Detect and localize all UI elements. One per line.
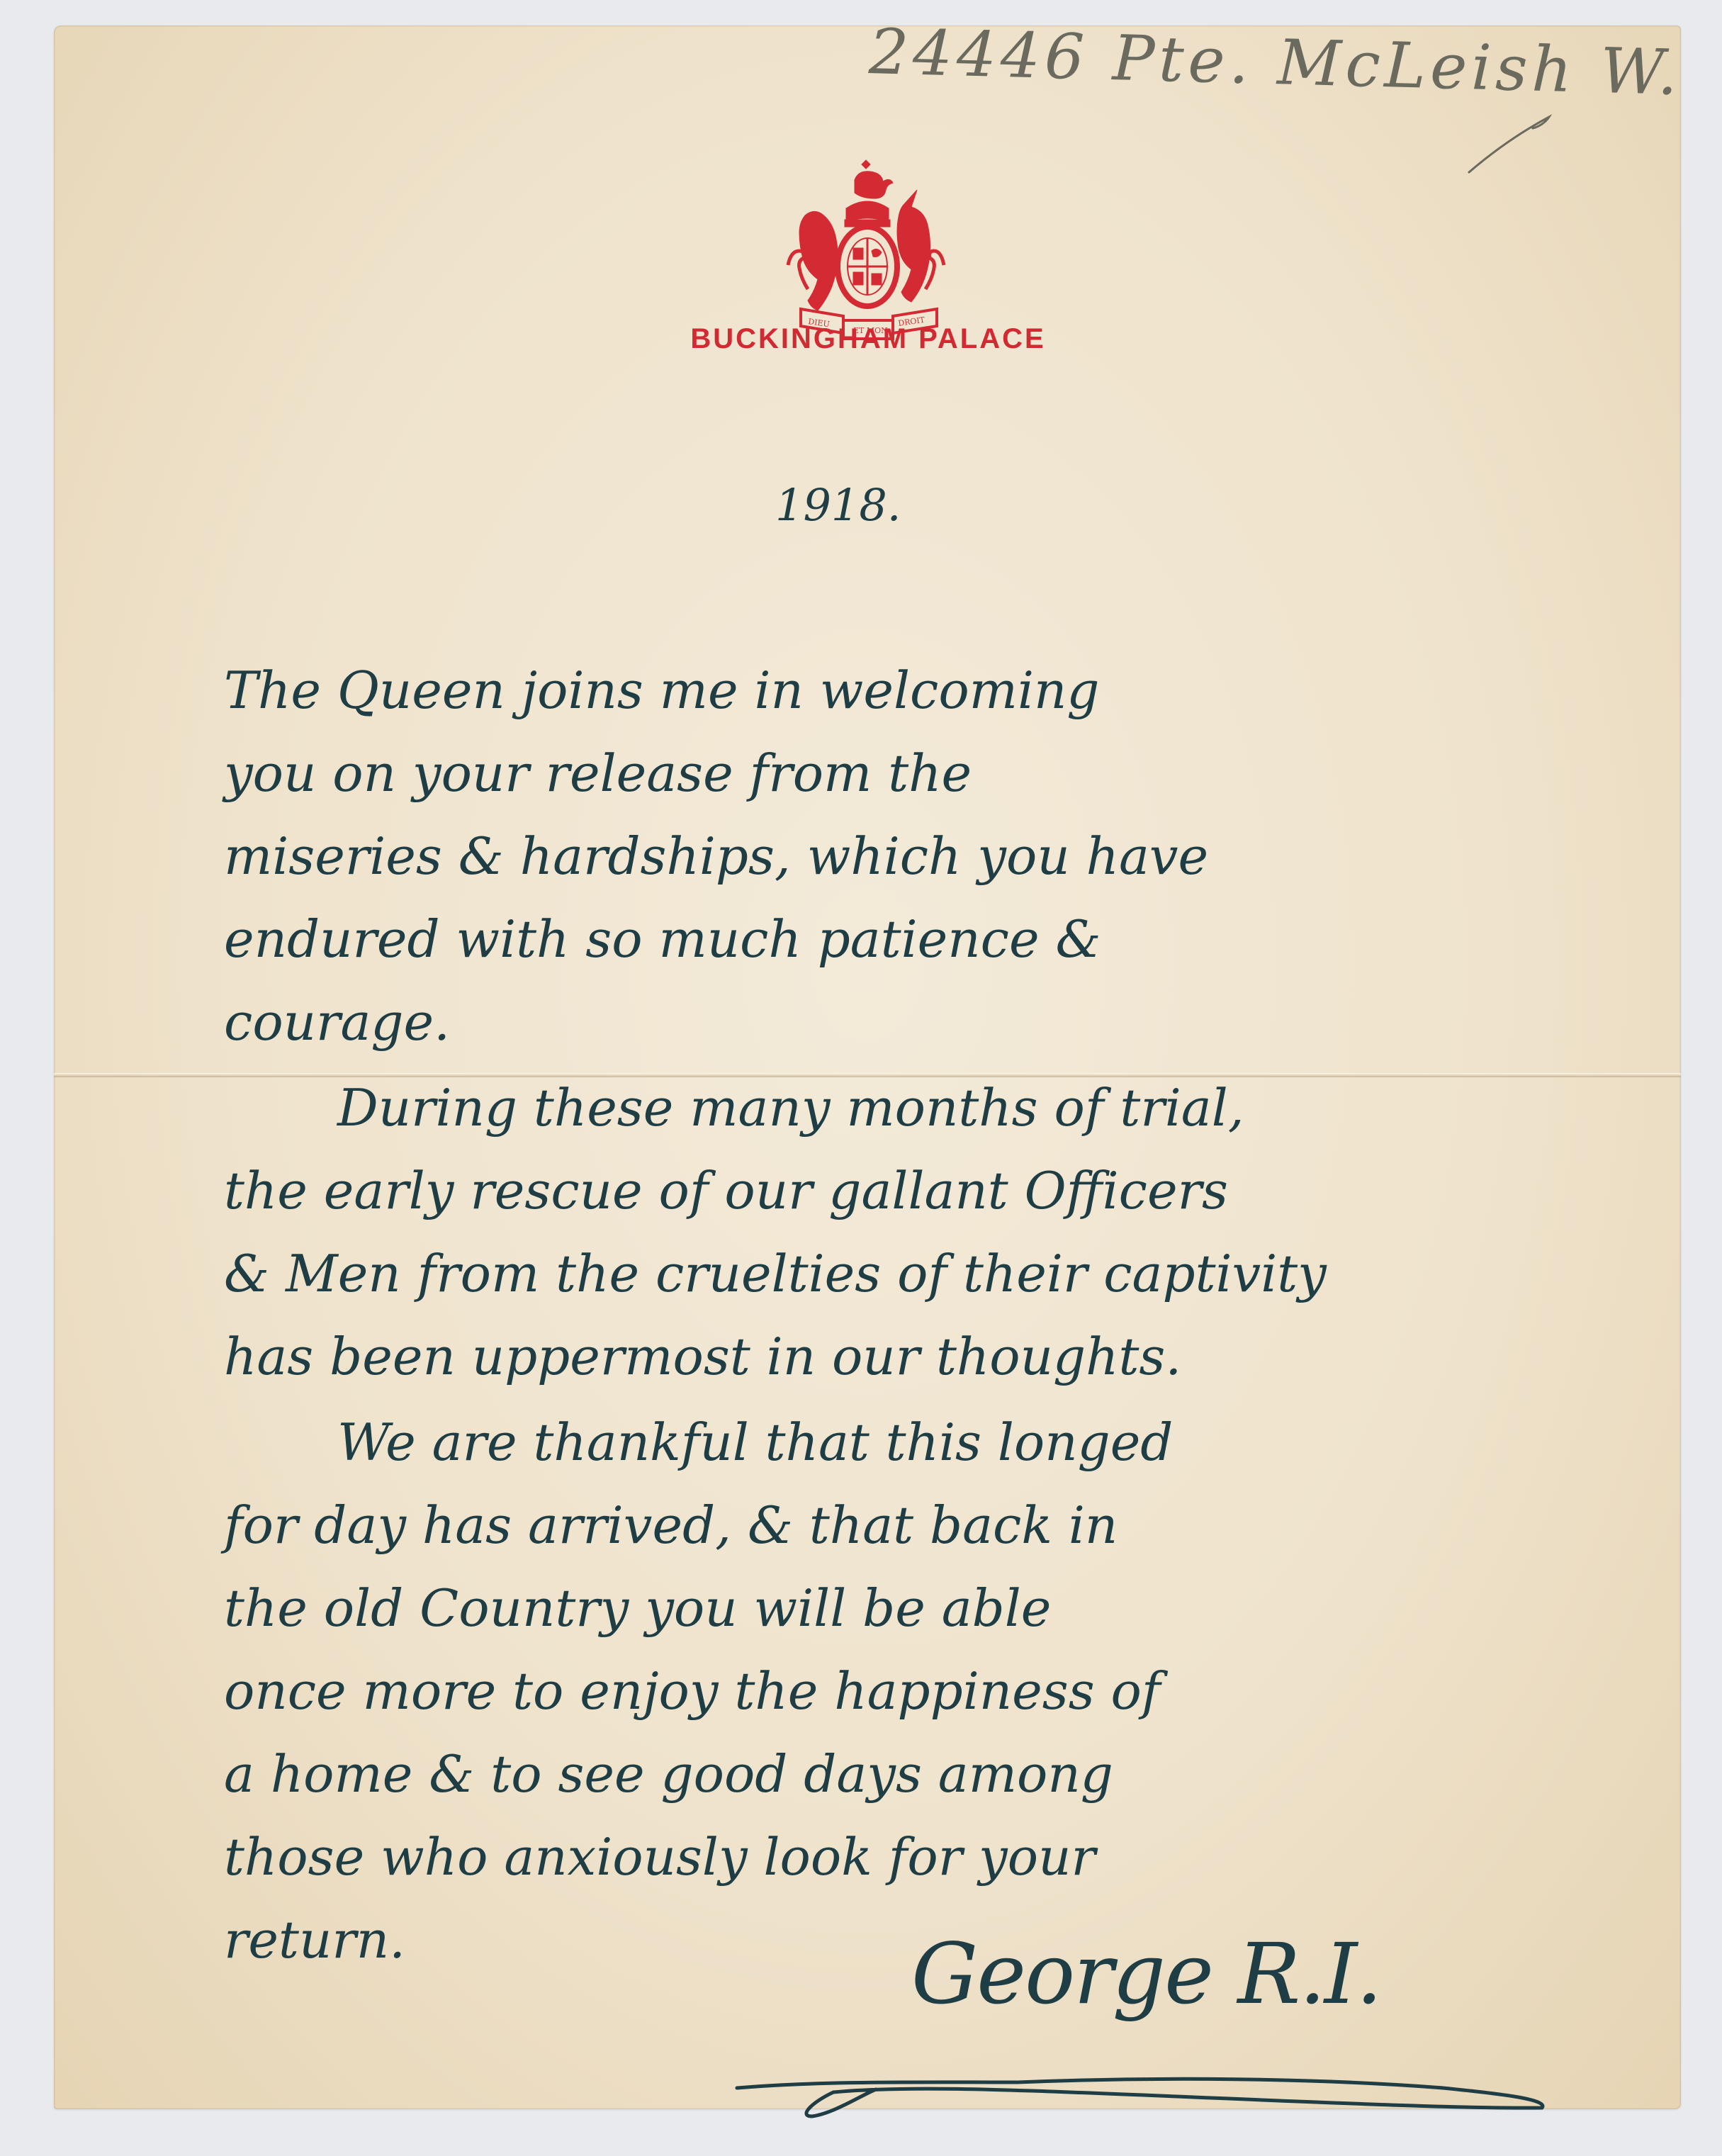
body-line: for day has arrived, & that back in	[224, 1484, 1606, 1567]
signature-flourish-icon	[734, 2067, 1556, 2130]
body-line: miseries & hardships, which you have	[224, 815, 1606, 898]
letter-date: 1918.	[775, 479, 901, 531]
pencil-flourish-icon	[1468, 113, 1553, 176]
body-line: We are thankful that this longed	[224, 1401, 1606, 1484]
letter-page: 24446 Pte. McLeish W.	[54, 26, 1681, 2109]
body-line: a home & to see good days among	[224, 1733, 1606, 1816]
paragraph-3: We are thankful that this longed for day…	[224, 1401, 1606, 1982]
letter-body: The Queen joins me in welcoming you on y…	[224, 649, 1606, 1982]
body-line: The Queen joins me in welcoming	[224, 649, 1606, 732]
body-line: has been uppermost in our thoughts.	[224, 1315, 1606, 1398]
body-line: those who anxiously look for your	[224, 1816, 1606, 1899]
body-line: endured with so much patience &	[224, 898, 1606, 981]
body-line: courage.	[224, 981, 1606, 1064]
paragraph-2: During these many months of trial, the e…	[224, 1067, 1606, 1398]
body-line: the old Country you will be able	[224, 1567, 1606, 1650]
body-line: & Men from the cruelties of their captiv…	[224, 1233, 1606, 1315]
body-line: During these many months of trial,	[224, 1067, 1606, 1150]
body-line: once more to enjoy the happiness of	[224, 1650, 1606, 1733]
paragraph-1: The Queen joins me in welcoming you on y…	[224, 649, 1606, 1064]
pencil-annotation: 24446 Pte. McLeish W.	[868, 15, 1683, 109]
body-line: you on your release from the	[224, 732, 1606, 815]
letterhead-title: BUCKINGHAM PALACE	[54, 323, 1681, 355]
body-line: the early rescue of our gallant Officers	[224, 1150, 1606, 1233]
signature: George R.I.	[911, 1925, 1381, 2023]
